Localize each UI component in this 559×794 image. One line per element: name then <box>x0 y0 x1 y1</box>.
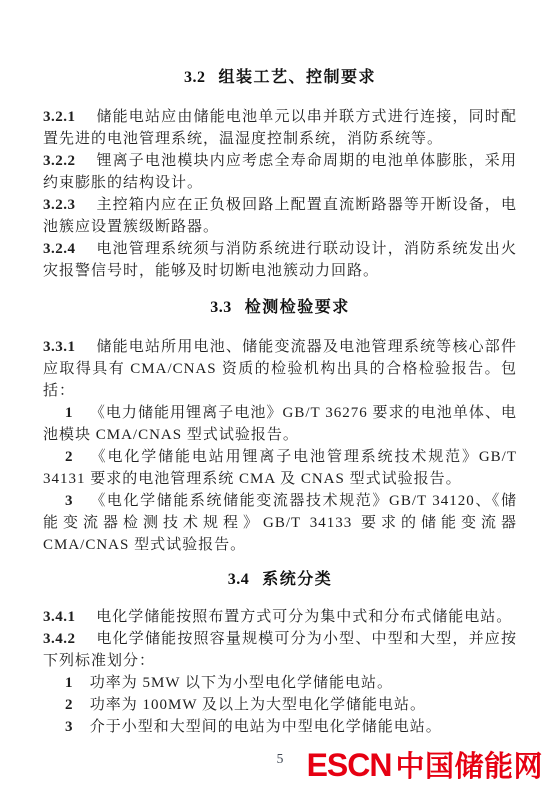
item-number: 2 <box>65 697 73 713</box>
clause-3-4-1: 3.4.1 电化学储能按照布置方式可分为集中式和分布式储能电站。 <box>43 606 517 628</box>
item-number: 1 <box>65 675 73 691</box>
clause-text: 储能电站所用电池、储能变流器及电池管理系统等核心部件应取得具有 CMA/CNAS… <box>43 339 517 399</box>
clause-number: 3.3.1 <box>43 339 76 355</box>
item-text: 《电力储能用锂离子电池》GB/T 36276 要求的电池单体、电池模块 CMA/… <box>43 405 517 443</box>
clause-3-2-4: 3.2.4 电池管理系统须与消防系统进行联动设计，消防系统发出火灾报警信号时，能… <box>43 238 517 282</box>
item-number: 3 <box>65 719 73 735</box>
clause-3-4-2: 3.4.2 电化学储能按照容量规模可分为小型、中型和大型，并应按下列标准划分： <box>43 628 517 672</box>
item-text: 功率为 5MW 以下为小型电化学储能电站。 <box>90 675 393 691</box>
section-title: 系统分类 <box>262 571 332 588</box>
clause-3-2-2: 3.2.2 锂离子电池模块内应考虑全寿命周期的电池单体膨胀，采用约束膨胀的结构设… <box>43 150 517 194</box>
clause-number: 3.2.1 <box>43 109 76 125</box>
section-number: 3.4 <box>228 571 250 588</box>
escn-logo-chinese-text: 中国储能网 <box>395 751 543 783</box>
list-item-3: 3 《电化学储能系统储能变流器技术规范》GB/T 34120、《储能变流器检测技… <box>43 490 517 556</box>
clause-text: 主控箱内应在正负极回路上配置直流断路器等开断设备，电池簇应设置簇级断路器。 <box>43 197 517 235</box>
clause-number: 3.4.2 <box>43 631 76 647</box>
item-number: 2 <box>65 449 73 465</box>
clause-text: 电化学储能按照容量规模可分为小型、中型和大型，并应按下列标准划分： <box>43 631 517 669</box>
list-item-2: 2 功率为 100MW 及以上为大型电化学储能电站。 <box>43 694 517 716</box>
item-number: 1 <box>65 405 73 421</box>
clause-3-2-1: 3.2.1 储能电站应由储能电池单元以串并联方式进行连接，同时配置先进的电池管理… <box>43 106 517 150</box>
list-item-2: 2 《电化学储能电站用锂离子电池管理系统技术规范》GB/T 34131 要求的电… <box>43 446 517 490</box>
item-text: 功率为 100MW 及以上为大型电化学储能电站。 <box>90 697 426 713</box>
section-number: 3.2 <box>184 69 206 86</box>
section-number: 3.3 <box>210 299 232 316</box>
section-title: 组装工艺、控制要求 <box>218 69 376 86</box>
item-text: 《电化学储能电站用锂离子电池管理系统技术规范》GB/T 34131 要求的电池管… <box>43 449 517 487</box>
clause-3-3-1: 3.3.1 储能电站所用电池、储能变流器及电池管理系统等核心部件应取得具有 CM… <box>43 336 517 402</box>
clause-text: 锂离子电池模块内应考虑全寿命周期的电池单体膨胀，采用约束膨胀的结构设计。 <box>43 153 517 191</box>
item-text: 《电化学储能系统储能变流器技术规范》GB/T 34120、《储能变流器检测技术规… <box>43 493 517 553</box>
item-text: 介于小型和大型间的电站为中型电化学储能电站。 <box>90 719 442 735</box>
escn-watermark-logo: ESCN中国储能网 <box>307 744 543 785</box>
section-heading-3-3: 3.3 检测检验要求 <box>43 298 517 318</box>
section-heading-3-2: 3.2 组装工艺、控制要求 <box>43 68 517 88</box>
list-item-3: 3 介于小型和大型间的电站为中型电化学储能电站。 <box>43 716 517 738</box>
section-title: 检测检验要求 <box>245 299 350 316</box>
document-page: 3.2 组装工艺、控制要求 3.2.1 储能电站应由储能电池单元以串并联方式进行… <box>0 0 559 794</box>
clause-text: 储能电站应由储能电池单元以串并联方式进行连接，同时配置先进的电池管理系统，温湿度… <box>43 109 517 147</box>
clause-number: 3.2.2 <box>43 153 76 169</box>
clause-number: 3.2.4 <box>43 241 76 257</box>
clause-text: 电池管理系统须与消防系统进行联动设计，消防系统发出火灾报警信号时，能够及时切断电… <box>43 241 517 279</box>
document-body: 3.2 组装工艺、控制要求 3.2.1 储能电站应由储能电池单元以串并联方式进行… <box>43 68 517 768</box>
list-item-1: 1 《电力储能用锂离子电池》GB/T 36276 要求的电池单体、电池模块 CM… <box>43 402 517 446</box>
item-number: 3 <box>65 493 73 509</box>
clause-number: 3.4.1 <box>43 609 76 625</box>
escn-logo-latin-text: ESCN <box>307 747 392 783</box>
clause-number: 3.2.3 <box>43 197 76 213</box>
section-heading-3-4: 3.4 系统分类 <box>43 570 517 590</box>
clause-3-2-3: 3.2.3 主控箱内应在正负极回路上配置直流断路器等开断设备，电池簇应设置簇级断… <box>43 194 517 238</box>
list-item-1: 1 功率为 5MW 以下为小型电化学储能电站。 <box>43 672 517 694</box>
clause-text: 电化学储能按照布置方式可分为集中式和分布式储能电站。 <box>96 609 512 625</box>
